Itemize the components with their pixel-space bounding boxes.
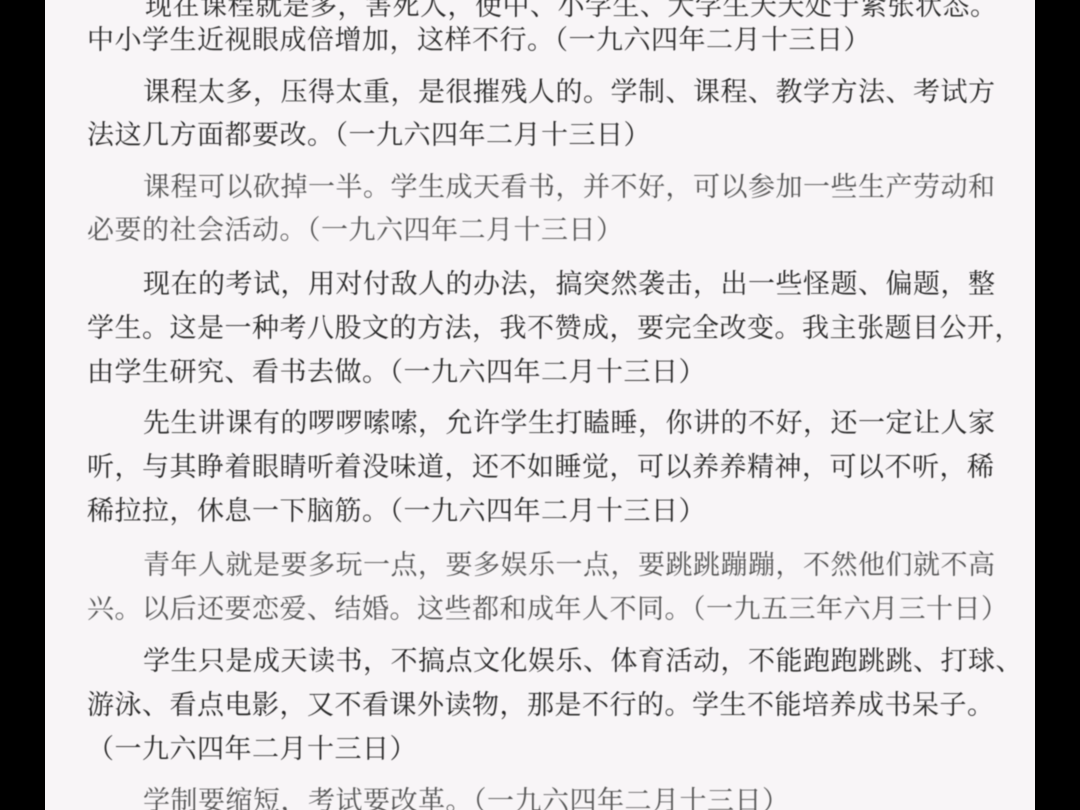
paragraph-5-line-1: 先生讲课有的啰啰嗦嗦，允许学生打瞌睡，你讲的不好，还一定让人家 bbox=[143, 401, 996, 440]
paragraph-3-line-2: 必要的社会活动。（一九六四年二月十三日） bbox=[87, 208, 624, 247]
paragraph-5-line-3: 稀拉拉，休息一下脑筋。（一九六四年二月十三日） bbox=[87, 489, 706, 528]
paragraph-1-line-1: 中小学生近视眼成倍增加，这样不行。（一九六四年二月十三日） bbox=[87, 18, 871, 57]
document-page: 现在课程就是多，害死人，使中、小学生、大学生天天处于紧张状态。 中小学生近视眼成… bbox=[45, 0, 1035, 810]
paragraph-4-line-1: 现在的考试，用对付敌人的办法，搞突然袭击，出一些怪题、偏题，整 bbox=[143, 262, 996, 301]
paragraph-3-line-1: 课程可以砍掉一半。学生成天看书，并不好，可以参加一些生产劳动和 bbox=[143, 165, 996, 204]
paragraph-4-line-3: 由学生研究、看书去做。（一九六四年二月十三日） bbox=[87, 350, 706, 389]
paragraph-7-line-1: 学生只是成天读书，不搞点文化娱乐、体育活动，不能跑跑跳跳、打球、 bbox=[143, 639, 1023, 678]
paragraph-7-line-3: （一九六四年二月十三日） bbox=[87, 727, 417, 766]
paragraph-8-line-1: 学制要缩短，考试要改革。（一九六四年二月十三日） bbox=[143, 779, 790, 810]
paragraph-6-line-2: 兴。以后还要恋爱、结婚。这些都和成年人不同。（一九五三年六月三十日） bbox=[87, 587, 1009, 626]
paragraph-5-line-2: 听，与其睁着眼睛听着没味道，还不如睡觉，可以养养精神，可以不听，稀 bbox=[87, 445, 995, 484]
paragraph-7-line-2: 游泳、看点电影，又不看课外读物，那是不行的。学生不能培养成书呆子。 bbox=[87, 683, 995, 722]
paragraph-2-line-2: 法这几方面都要改。（一九六四年二月十三日） bbox=[87, 113, 651, 152]
paragraph-2-line-1: 课程太多，压得太重，是很摧残人的。学制、课程、教学方法、考试方 bbox=[143, 70, 996, 109]
paragraph-6-line-1: 青年人就是要多玩一点，要多娱乐一点，要跳跳蹦蹦，不然他们就不高 bbox=[143, 543, 996, 582]
paragraph-4-line-2: 学生。这是一种考八股文的方法，我不赞成，要完全改变。我主张题目公开， bbox=[87, 306, 1022, 345]
